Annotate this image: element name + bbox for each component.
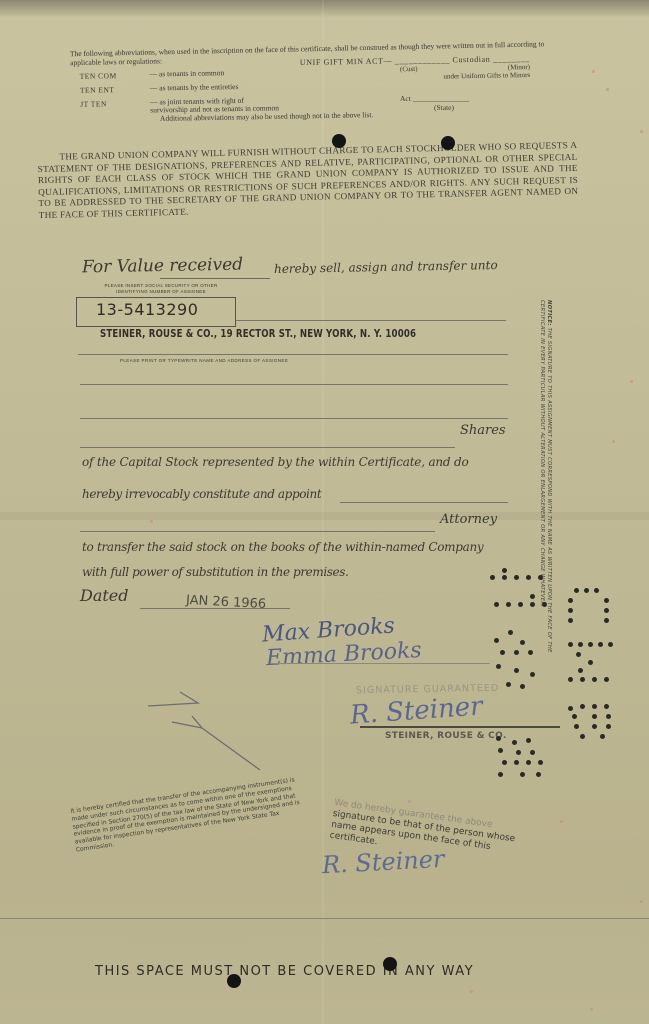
perforation-dot [580, 734, 585, 739]
dated-label: Dated [80, 586, 129, 605]
for-value-received: For Value received [82, 255, 243, 278]
perforation-dot [496, 736, 501, 741]
ssn-label: PLEASE INSERT SOCIAL SECURITY OR OTHER I… [76, 283, 246, 294]
ssn-value: 13-5413290 [96, 300, 198, 319]
perforation-dot [568, 618, 573, 623]
perforation-dot [538, 575, 543, 580]
ugma-cust: (Cust) [400, 65, 418, 73]
perforation-dot [514, 650, 519, 655]
punch-hole [227, 974, 241, 988]
notice-label: NOTICE: [546, 300, 552, 326]
perforation-dot [496, 664, 501, 669]
print-name-label: PLEASE PRINT OR TYPEWRITE NAME AND ADDRE… [120, 358, 288, 363]
abbreviation-row: TEN COM — as tenants in common [80, 68, 280, 80]
perforation-dot [502, 575, 507, 580]
perforation-dot [502, 568, 507, 573]
perforation-dot [568, 706, 573, 711]
perforation-dot [516, 750, 521, 755]
ugma-block: UNIF GIFT MIN ACT— ____________ Custodia… [300, 54, 530, 83]
perforation-dot [500, 650, 505, 655]
ugma-act: Act _______________ (State) [400, 94, 500, 112]
perforation-dot [502, 760, 507, 765]
paper-speck [640, 130, 643, 133]
perforation-dot [600, 734, 605, 739]
abbreviation-key: TEN ENT [80, 85, 150, 95]
punch-hole [332, 134, 346, 148]
paper-speck [606, 88, 609, 91]
perforation-dot [530, 672, 535, 677]
perforation-dot [592, 724, 597, 729]
perforation-dot [606, 714, 611, 719]
perforation-dot [592, 704, 597, 709]
perforation-dot [604, 598, 609, 603]
perforation-dot [580, 677, 585, 682]
perforation-dot [520, 772, 525, 777]
transfer-text: to transfer the said stock on the books … [82, 540, 483, 554]
perforation-dot [494, 602, 499, 607]
rule-line [80, 447, 455, 448]
perforation-dot [506, 602, 511, 607]
guarantor-firm: STEINER, ROUSE & CO. [385, 731, 507, 741]
assignee-name-address: STEINER, ROUSE & CO., 19 RECTOR ST., NEW… [100, 328, 416, 340]
perforation-dot [530, 602, 535, 607]
paper-speck [150, 520, 153, 523]
rule-line [80, 531, 435, 532]
perforation-dot [568, 642, 573, 647]
perforation-dot [506, 682, 511, 687]
perforation-dot [542, 602, 547, 607]
guarantor-signature: R. Steiner [349, 691, 483, 730]
perforation-dot [572, 714, 577, 719]
paper-speck [640, 900, 643, 903]
perforation-dot [536, 772, 541, 777]
notice-text: THE SIGNATURE TO THIS ASSIGNMENT MUST CO… [539, 300, 552, 653]
date-stamp: JAN 26 1966 [186, 593, 267, 612]
rule-line [80, 418, 508, 419]
perforation-dot [490, 575, 495, 580]
perforation-dot [528, 650, 533, 655]
abbreviation-row: TEN ENT — as tenants by the entireties [80, 82, 280, 94]
perforation-dot [604, 608, 609, 613]
perforation-dot [588, 642, 593, 647]
rule-line [80, 384, 508, 385]
rule-line [236, 320, 506, 321]
perforation-dot [592, 714, 597, 719]
paper-speck [592, 70, 595, 73]
perforation-dot [592, 677, 597, 682]
perforation-dot [526, 575, 531, 580]
perforation-dot [568, 677, 573, 682]
shares-label: Shares [460, 423, 506, 438]
certificate-back: The following abbreviations, when used i… [0, 0, 649, 1024]
perforation-dot [514, 575, 519, 580]
pencil-marks [140, 690, 340, 780]
perforation-dot [598, 642, 603, 647]
bottom-rule [0, 918, 649, 919]
perforation-dot [584, 588, 589, 593]
perforation-dot [518, 602, 523, 607]
abbreviation-key: JT TEN [80, 99, 150, 116]
perforation-dot [568, 598, 573, 603]
rule-line [160, 278, 270, 279]
perforation-dot [508, 630, 513, 635]
perforation-dot [512, 740, 517, 745]
perforation-dot [588, 660, 593, 665]
hereby-appoint-text: hereby irrevocably constitute and appoin… [82, 487, 321, 501]
perforation-dot [530, 594, 535, 599]
perforation-dot [526, 760, 531, 765]
paper-speck [590, 1008, 593, 1011]
rule-line [78, 354, 508, 355]
punch-hole [383, 957, 397, 971]
paper-speck [408, 800, 411, 803]
paper-speck [470, 990, 473, 993]
perforation-dot [604, 618, 609, 623]
perforation-dot [498, 748, 503, 753]
top-edge-shadow [0, 0, 649, 18]
vertical-signature-notice: NOTICE: THE SIGNATURE TO THIS ASSIGNMENT… [512, 300, 554, 680]
ugma-state: (State) [400, 103, 500, 112]
perforation-dot [520, 640, 525, 645]
perforation-dot [604, 704, 609, 709]
perforation-dot [494, 638, 499, 643]
perforation-dot [606, 724, 611, 729]
perforation-dot [578, 642, 583, 647]
abbreviation-value: — as tenants in common [150, 68, 280, 79]
perforation-dot [594, 588, 599, 593]
perforation-dot [498, 772, 503, 777]
guarantee-stamp-signature: R. Steiner [321, 845, 445, 879]
abbreviation-value: — as tenants by the entireties [150, 82, 280, 93]
ugma-custodian: Custodian [452, 55, 490, 65]
tax-exemption-stamp: It is hereby certified that the transfer… [70, 774, 319, 854]
paper-speck [612, 440, 615, 443]
perforation-dot [578, 668, 583, 673]
paper-speck [630, 380, 633, 383]
perforation-dot [580, 704, 585, 709]
perforation-dot [514, 668, 519, 673]
rule-line [340, 502, 508, 503]
ugma-act-label: Act [400, 94, 411, 103]
footer-warning: THIS SPACE MUST NOT BE COVERED IN ANY WA… [95, 964, 474, 979]
attorney-label: Attorney [440, 512, 497, 527]
ugma-label: UNIF GIFT MIN ACT— [300, 56, 392, 67]
punch-hole [441, 136, 455, 150]
perforation-dot [608, 642, 613, 647]
perforation-dot [530, 750, 535, 755]
perforation-dot [574, 724, 579, 729]
sell-assign-transfer: hereby sell, assign and transfer unto [274, 258, 498, 276]
guarantee-line [360, 726, 560, 728]
perforation-dot [576, 652, 581, 657]
perforation-dot [574, 588, 579, 593]
perforation-dot [520, 684, 525, 689]
ssn-label-line2: IDENTIFYING NUMBER OF ASSIGNEE [76, 289, 246, 295]
perforation-dot [604, 677, 609, 682]
perforation-dot [568, 608, 573, 613]
capital-stock-text: of the Capital Stock represented by the … [82, 455, 469, 469]
substitution-text: with full power of substitution in the p… [82, 565, 348, 579]
paper-speck [560, 820, 563, 823]
abbreviation-key: TEN COM [80, 71, 150, 81]
company-notice-paragraph: The Grand Union Company will furnish wit… [37, 140, 578, 221]
signature-line [270, 663, 490, 664]
perforation-dot [538, 760, 543, 765]
perforation-dot [514, 760, 519, 765]
perforation-dot [526, 738, 531, 743]
